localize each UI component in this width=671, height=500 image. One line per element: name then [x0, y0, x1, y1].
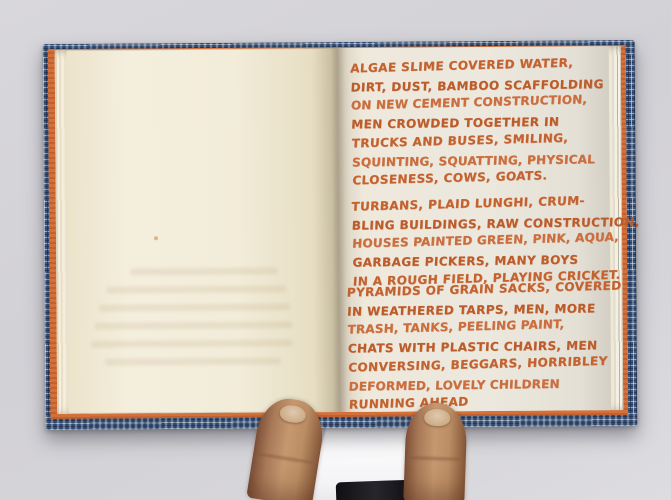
left-fingernail: [279, 404, 307, 425]
ink-speck: [154, 236, 158, 240]
knuckle-crease: [258, 453, 313, 465]
right-fingernail: [423, 409, 450, 427]
journal-paragraph-1: ALGAE SLIME COVERED WATER, DIRT, DUST, B…: [350, 55, 606, 191]
left-page: [67, 49, 340, 413]
ghost-text-line: [106, 285, 286, 293]
open-journal: ALGAE SLIME COVERED WATER, DIRT, DUST, B…: [43, 40, 638, 430]
ghost-text-line: [95, 321, 293, 329]
ghost-text-line: [105, 357, 281, 365]
photo-stage: ALGAE SLIME COVERED WATER, DIRT, DUST, B…: [0, 0, 671, 500]
knuckle-crease: [410, 456, 461, 461]
ghost-text-line: [91, 339, 293, 347]
right-finger: [403, 402, 467, 500]
journal-paragraph-3: PYRAMIDS OF GRAIN SACKS, COVERED IN WEAT…: [347, 278, 624, 414]
ghost-text-line: [98, 303, 290, 311]
ghost-text-line: [130, 267, 278, 275]
